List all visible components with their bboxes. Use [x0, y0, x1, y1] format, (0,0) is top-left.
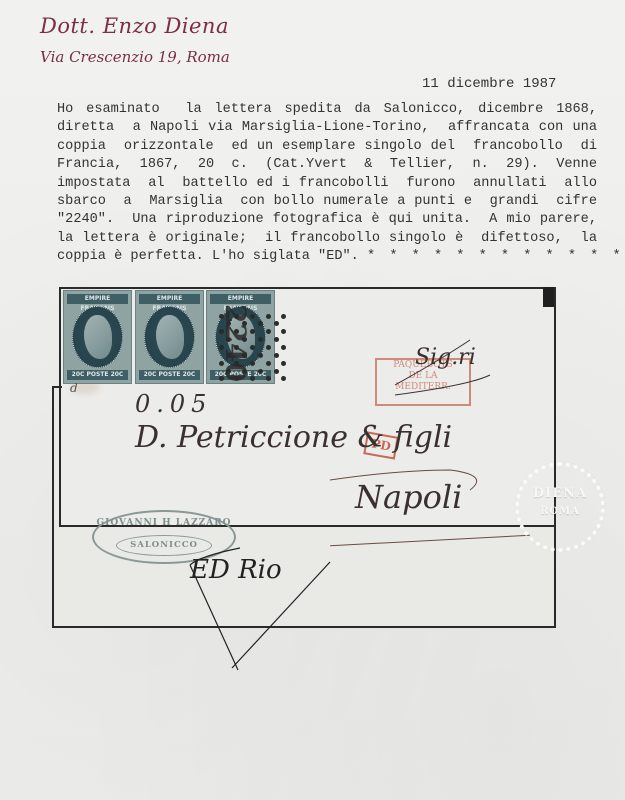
flourish-stroke [330, 470, 477, 490]
signature-stroke [190, 565, 238, 670]
flourish-stroke [395, 375, 490, 395]
flourish-stroke [395, 340, 470, 385]
signature-stroke [232, 562, 330, 668]
signature-strokes [0, 0, 625, 800]
signature-stroke [190, 548, 240, 565]
